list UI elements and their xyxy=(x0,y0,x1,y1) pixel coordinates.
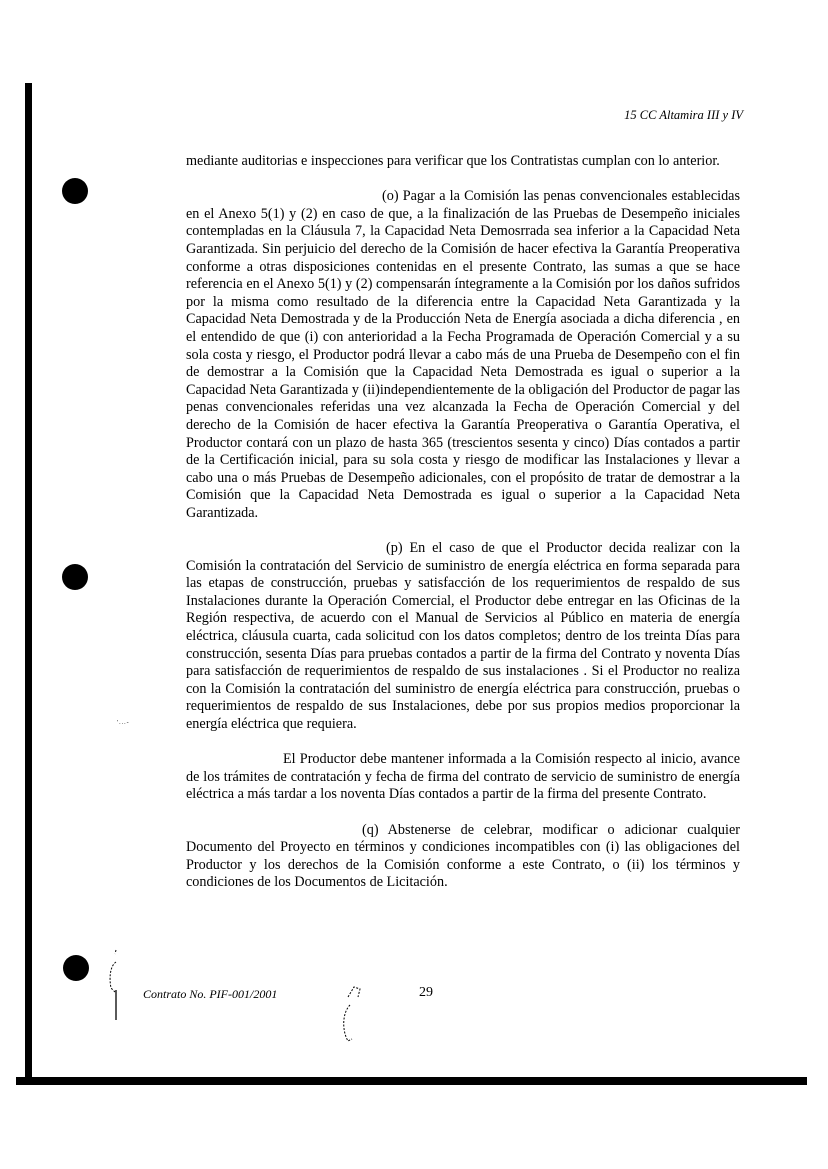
page-border-left xyxy=(25,83,32,1083)
punch-hole-bottom xyxy=(63,955,89,981)
paragraph-text: Pagar a la Comisión las penas convencion… xyxy=(186,188,740,521)
handwritten-initial-left xyxy=(106,948,120,1020)
paragraph-text: Abstenerse de celebrar, modificar o adic… xyxy=(186,822,740,891)
header-reference: 15 CC Altamira III y IV xyxy=(624,108,743,123)
paragraph-item-p: (p) En el caso de que el Productor decid… xyxy=(186,540,740,734)
paragraph-item-q: (q) Abstenerse de celebrar, modificar o … xyxy=(186,822,740,892)
footer-contract-number: Contrato No. PIF-001/2001 xyxy=(143,987,277,1002)
page-border-bottom xyxy=(16,1077,807,1085)
handwritten-initial-right xyxy=(340,983,364,1045)
document-body: mediante auditorias e inspecciones para … xyxy=(186,153,740,910)
punch-hole-middle xyxy=(62,564,88,590)
paragraph-item-o: (o) Pagar a la Comisión las penas conven… xyxy=(186,188,740,522)
paragraph-text: En el caso de que el Productor decida re… xyxy=(186,540,740,732)
paragraph-continuation: mediante auditorias e inspecciones para … xyxy=(186,153,740,171)
item-label: (p) xyxy=(286,540,403,558)
item-label: (o) xyxy=(284,188,399,206)
item-label: (q) xyxy=(274,822,379,840)
paragraph-text: mediante auditorias e inspecciones para … xyxy=(186,153,720,169)
punch-hole-top xyxy=(62,178,88,204)
paragraph-notice: El Productor debe mantener informada a l… xyxy=(186,751,740,804)
paragraph-text: El Productor debe mantener informada a l… xyxy=(186,751,740,802)
stray-scan-mark: '...- xyxy=(117,720,130,726)
footer-page-number: 29 xyxy=(419,985,433,1001)
